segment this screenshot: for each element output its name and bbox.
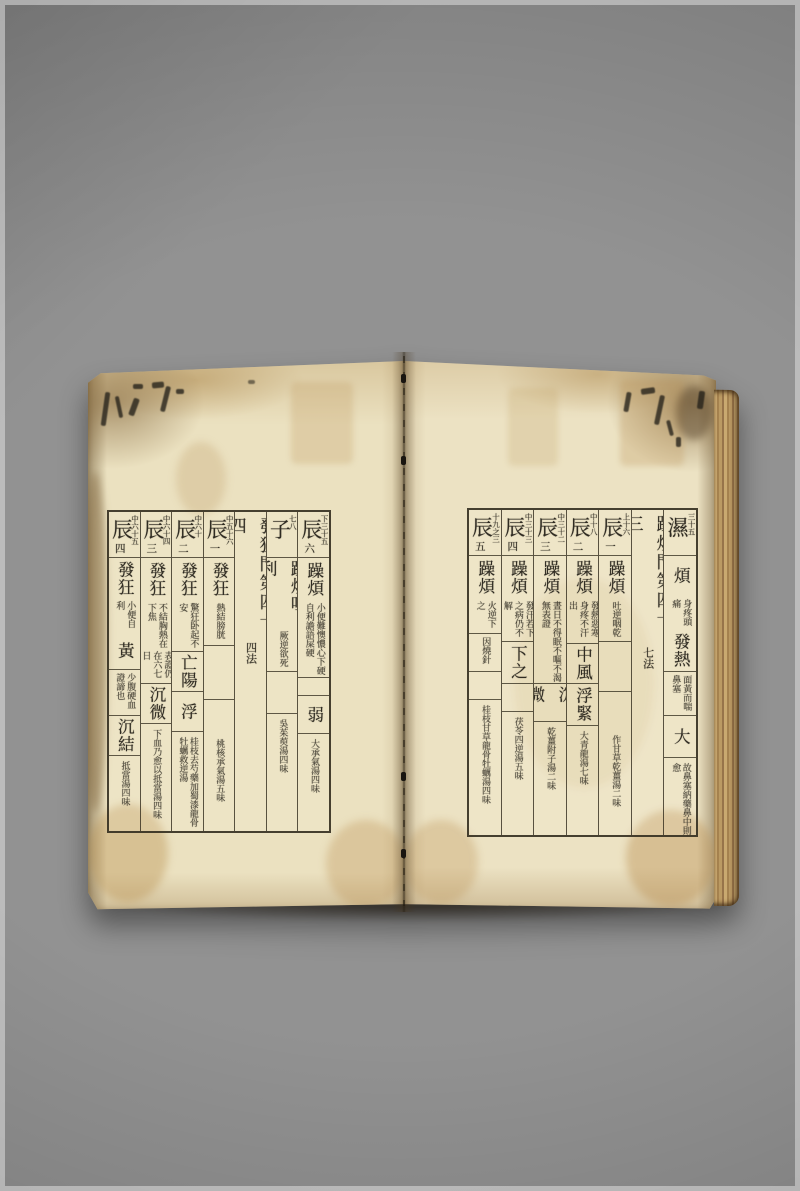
- entry-column: 辰中三十二三躁煩晝日不得眠不嘔不渴無表證沉微乾薑附子湯二味: [533, 510, 566, 835]
- keyword-text: 沉微: [534, 684, 566, 722]
- entry-column: 辰中三十三四躁煩發汗若下之病仍不解下之茯苓四逆湯五味: [501, 510, 534, 835]
- annotation-text: 少腹硬血證諦也: [113, 670, 135, 715]
- stain: [176, 442, 226, 516]
- stitch-mark: [401, 772, 406, 781]
- prescription-text: 故鼻塞納藥鼻中則愈: [670, 758, 691, 839]
- prescription-text: 桃核承氣湯五味: [214, 734, 225, 802]
- page-reference-label: 中六十四: [162, 515, 171, 545]
- keyword-text: 黃: [109, 640, 139, 662]
- keyword-text: 躁煩: [567, 556, 599, 598]
- annotation-text: 晝日不得眠不嘔不渴無表證: [539, 598, 561, 683]
- chapter-title: 發狂門第四十四: [235, 512, 266, 640]
- keyword-text: 煩: [665, 565, 695, 587]
- ink-scribble: [641, 387, 656, 395]
- stitch-mark: [401, 849, 406, 858]
- keyword-text: 浮緊: [567, 685, 597, 724]
- entry-column: 辰中六十四三發狂不結胸熱在下焦表證仍在六七日沉微下血乃愈以抵當湯四味: [140, 512, 172, 831]
- prescription-text: 茯苓四逆湯五味: [512, 712, 523, 780]
- page-reference-label: 下三十五: [320, 515, 329, 545]
- stitch-mark: [401, 456, 406, 465]
- keyword-text: 浮: [172, 692, 203, 732]
- ink-scribble: [248, 380, 255, 384]
- column-header: 辰中三十二三: [534, 510, 566, 556]
- entry-number-label: 一: [605, 539, 616, 554]
- prescription-text: 吳茱萸湯四味: [267, 714, 298, 835]
- empty-cell: [599, 692, 631, 730]
- prescription-text: 下血乃愈以抵當湯四味: [141, 724, 172, 835]
- entry-number-label: 二: [573, 539, 584, 554]
- keyword-text: 發狂: [172, 560, 202, 599]
- keyword-text: 下之: [502, 643, 532, 682]
- keyword-text: 躁煩吐利: [267, 558, 298, 628]
- empty-cell: [502, 684, 534, 712]
- ink-scribble: [676, 437, 681, 447]
- stain: [326, 820, 406, 908]
- stain: [291, 382, 353, 464]
- method-count-label: 七法: [632, 645, 664, 681]
- page-stack-edge: [714, 390, 739, 906]
- column-header: 辰下三十五六: [298, 512, 329, 558]
- annotation-text: 驚狂卧起不安: [176, 600, 198, 651]
- annotation-text: 不結胸熱在下焦: [141, 600, 172, 648]
- annotation-text: 小便自利: [113, 598, 135, 632]
- page-reference-label: 三十五: [687, 513, 696, 536]
- ink-scribble: [697, 391, 705, 410]
- empty-cell: [204, 700, 235, 734]
- entry-number-label: 三: [147, 541, 158, 556]
- prescription-text: 桂枝甘草龍骨牡蠣湯四味: [479, 700, 490, 804]
- page-reference-label: 中三十三: [524, 513, 533, 543]
- dark-stain: [676, 386, 712, 440]
- left-page-table: 辰下三十五六躁煩小便難懊憹心下硬自利譫語屎硬弱大承氣湯四味子七八躁煩吐利厥逆欲死…: [107, 510, 331, 833]
- annotation-text: 驚狂卧起不安: [172, 600, 203, 652]
- ink-scribble: [666, 420, 674, 436]
- column-header: 辰中三十三四: [502, 510, 534, 556]
- ink-scribble: [101, 392, 111, 426]
- entry-number-label: 四: [508, 539, 519, 554]
- volume-branch-label: 辰: [570, 517, 591, 539]
- empty-cell: [267, 672, 298, 714]
- chapter-title: 躁煩門第四十三: [632, 510, 664, 645]
- keyword-text: 躁煩: [599, 556, 631, 598]
- entry-number-label: 二: [178, 541, 189, 556]
- entry-number-label: 一: [210, 541, 221, 556]
- keyword-text: 沉微: [141, 684, 171, 723]
- ink-scribble: [128, 398, 140, 417]
- entry-number-label: 三: [540, 539, 551, 554]
- keyword-text: 躁煩: [298, 558, 329, 600]
- page-reference-label: 七八: [288, 515, 297, 530]
- ink-scribble: [176, 389, 184, 394]
- keyword-text: 躁煩: [299, 560, 329, 599]
- keyword-text: 下之: [502, 642, 534, 684]
- entry-column: 躁煩門第四十三七法: [631, 510, 664, 835]
- keyword-text: 發熱: [665, 631, 695, 670]
- stain: [508, 388, 558, 466]
- keyword-text: 弱: [299, 704, 329, 726]
- annotation-text: 小便難懊憹心下硬自利譫語屎硬: [303, 600, 325, 677]
- annotation-text: 發熱惡寒身疼不汗出: [567, 598, 599, 644]
- chapter-title: 躁煩門第四十三: [632, 510, 664, 645]
- empty-cell: [204, 646, 235, 700]
- prescription-text: 大青龍湯七味: [567, 726, 599, 839]
- keyword-text: 發狂: [109, 558, 140, 598]
- prescription-text: 大承氣湯四味: [298, 734, 329, 835]
- empty-cell: [298, 678, 329, 696]
- entry-column: 子七八躁煩吐利厥逆欲死吳茱萸湯四味: [266, 512, 298, 831]
- volume-branch-label: 辰: [537, 517, 558, 539]
- column-header: 辰中十八二: [567, 510, 599, 556]
- annotation-text: 熱結膀胱: [204, 600, 235, 646]
- keyword-text: 躁煩: [470, 558, 500, 597]
- volume-branch-label: 濕: [667, 517, 688, 539]
- chapter-title: 發狂門第四十四: [235, 512, 266, 640]
- keyword-text: 發狂: [109, 559, 139, 598]
- keyword-text: 躁煩吐利: [267, 558, 298, 628]
- annotation-text: 小便自利: [109, 598, 140, 632]
- keyword-text: 發狂: [141, 558, 172, 600]
- keyword-text: 弱: [298, 696, 329, 734]
- empty-cell: [599, 642, 631, 692]
- entry-column: 辰下三十五六躁煩小便難懊憹心下硬自利譫語屎硬弱大承氣湯四味: [297, 512, 329, 831]
- right-page-table: 濕三十五煩身疼頭痛發熱面黃而喘鼻塞大故鼻塞納藥鼻中則愈躁煩門第四十三七法辰上十六…: [467, 508, 698, 837]
- keyword-text: 中風: [567, 644, 599, 684]
- annotation-text: 不結胸熱在下焦: [145, 600, 167, 648]
- column-header: 子七八: [267, 512, 298, 558]
- empty-cell: [632, 681, 664, 793]
- page-reference-label: 中五十六: [225, 515, 234, 545]
- keyword-text: 大: [664, 716, 696, 758]
- keyword-text: 浮: [172, 701, 202, 723]
- prescription-text: 吳茱萸湯四味: [277, 714, 288, 773]
- stain: [620, 380, 684, 466]
- keyword-text: 沉結: [109, 716, 140, 756]
- stitch-mark: [401, 374, 406, 383]
- annotation-text: 表證仍在六七日: [141, 648, 172, 683]
- keyword-text: 浮緊: [567, 684, 599, 726]
- page-reference-label: 中六十五: [130, 515, 139, 545]
- keyword-text: 發熱: [664, 630, 696, 672]
- keyword-text: 躁煩: [502, 556, 534, 598]
- entry-column: 辰中十八二躁煩發熱惡寒身疼不汗出中風浮緊大青龍湯七味: [566, 510, 599, 835]
- annotation-text: 發熱惡寒身疼不汗出: [567, 598, 599, 643]
- entry-column: 發狂門第四十四四法: [234, 512, 266, 831]
- keyword-text: 躁煩: [534, 556, 566, 598]
- prescription-text: 下血乃愈以抵當湯四味: [151, 724, 162, 819]
- volume-branch-label: 辰: [472, 517, 493, 539]
- book: 辰下三十五六躁煩小便難懊憹心下硬自利譫語屎硬弱大承氣湯四味子七八躁煩吐利厥逆欲死…: [88, 352, 740, 912]
- annotation-text: 熱結膀胱: [213, 600, 224, 639]
- column-header: 辰中五十六一: [204, 512, 235, 558]
- right-page: 濕三十五煩身疼頭痛發熱面黃而喘鼻塞大故鼻塞納藥鼻中則愈躁煩門第四十三七法辰上十六…: [404, 352, 716, 912]
- entry-column: 辰中五十六一發狂熱結膀胱桃核承氣湯五味: [203, 512, 235, 831]
- keyword-text: 發狂: [204, 560, 234, 599]
- keyword-text: 躁煩: [469, 556, 501, 598]
- prescription-text: 故鼻塞納藥鼻中則愈: [664, 758, 696, 839]
- keyword-text: 沉結: [109, 716, 139, 755]
- keyword-text: 沉微: [534, 684, 566, 721]
- entry-number-label: 五: [475, 539, 486, 554]
- prescription-text: 乾薑附子湯二味: [545, 722, 556, 790]
- entry-column: 辰上十六一躁煩吐逆咽乾作甘草乾薑湯二味: [598, 510, 631, 835]
- prescription-text: 抵當湯四味: [119, 756, 130, 806]
- photo-background: 辰下三十五六躁煩小便難懊憹心下硬自利譫語屎硬弱大承氣湯四味子七八躁煩吐利厥逆欲死…: [0, 0, 800, 1191]
- keyword-text: 發狂: [204, 558, 235, 600]
- annotation-text: 發汗若下之病仍不解: [502, 598, 534, 641]
- prescription-text: 大承氣湯四味: [308, 734, 319, 793]
- entry-number-label: 六: [304, 541, 315, 556]
- prescription-text: 作甘草乾薑湯二味: [610, 730, 621, 807]
- annotation-text: 小便難懊憹心下硬自利譫語屎硬: [298, 600, 329, 678]
- column-header: 辰上十六一: [599, 510, 631, 556]
- annotation-text: 面黃而喘鼻塞: [669, 672, 691, 715]
- prescription-text: 茯苓四逆湯五味: [502, 712, 534, 839]
- column-header: 辰中六十四三: [141, 512, 172, 558]
- method-count-label: 四法: [245, 640, 257, 664]
- left-page: 辰下三十五六躁煩小便難懊憹心下硬自利譫語屎硬弱大承氣湯四味子七八躁煩吐利厥逆欲死…: [88, 352, 404, 912]
- ink-scribble: [160, 386, 171, 412]
- page-reference-label: 中三十二: [556, 513, 565, 543]
- prescription-text: 桃核承氣湯五味: [204, 734, 235, 835]
- keyword-text: 躁煩: [567, 558, 597, 597]
- column-header: 辰十九之三五: [469, 510, 501, 556]
- annotation-text: 晝日不得眠不嘔不渴無表證: [534, 598, 566, 684]
- prescription-text: 桂枝去芍藥加蜀漆龍骨牡蠣救逆湯: [172, 732, 203, 835]
- method-count-label: 七法: [642, 645, 654, 669]
- annotation-text: 因燒針: [479, 634, 490, 664]
- keyword-text: 躁煩: [600, 558, 630, 597]
- entry-column: 辰十九之三五躁煩火逆下之因燒針桂枝甘草龍骨牡蠣湯四味: [469, 510, 501, 835]
- annotation-text: 表證仍在六七日: [141, 648, 172, 684]
- prescription-text: 桂枝去芍藥加蜀漆龍骨牡蠣救逆湯: [177, 732, 198, 835]
- annotation-text: 吐逆咽乾: [610, 598, 621, 637]
- keyword-text: 沉微: [141, 684, 172, 724]
- prescription-text: 乾薑附子湯二味: [534, 722, 566, 839]
- page-reference-label: 中十八: [589, 513, 598, 536]
- annotation-text: 火逆下之: [469, 598, 501, 634]
- volume-branch-label: 辰: [505, 517, 526, 539]
- fore-edge-shading: [82, 472, 108, 812]
- ink-scribble: [654, 395, 665, 425]
- keyword-text: 亡陽: [172, 652, 202, 691]
- annotation-text: 身疼頭痛: [669, 596, 691, 630]
- prescription-text: 抵當湯四味: [109, 756, 140, 835]
- page-reference-label: 十九之三: [491, 513, 500, 543]
- prescription-text: 大青龍湯七味: [577, 726, 588, 785]
- column-header: 辰中六十五四: [109, 512, 140, 558]
- keyword-text: 煩: [664, 556, 696, 596]
- entry-number-label: 四: [115, 541, 126, 556]
- annotation-text: 厥逆欲死: [267, 628, 298, 672]
- annotation-text: 身疼頭痛: [664, 596, 696, 630]
- annotation-text: 面黃而喘鼻塞: [664, 672, 696, 716]
- keyword-text: 發狂: [172, 558, 203, 600]
- prescription-text: 桂枝甘草龍骨牡蠣湯四味: [469, 700, 501, 839]
- ink-scribble: [115, 396, 123, 418]
- page-reference-label: 上十六: [621, 513, 630, 536]
- page-reference-label: 中六十: [193, 515, 202, 538]
- entry-column: 辰中六十五四發狂小便自利黃少腹硬血證諦也沉結抵當湯四味: [109, 512, 140, 831]
- annotation-text: 火逆下之: [474, 598, 496, 633]
- annotation-text: 厥逆欲死: [277, 628, 288, 667]
- keyword-text: 中風: [567, 644, 597, 683]
- annotation-text: 吐逆咽乾: [599, 598, 631, 642]
- prescription-text: 作甘草乾薑湯二味: [599, 730, 631, 839]
- ink-scribble: [133, 384, 143, 389]
- keyword-text: 發狂: [141, 560, 171, 599]
- entry-column: 辰中六十二發狂驚狂卧起不安亡陽浮桂枝去芍藥加蜀漆龍骨牡蠣救逆湯: [171, 512, 203, 831]
- column-header: 濕三十五: [664, 510, 696, 556]
- annotation-text: 少腹硬血證諦也: [109, 670, 140, 716]
- entry-column: 濕三十五煩身疼頭痛發熱面黃而喘鼻塞大故鼻塞納藥鼻中則愈: [663, 510, 696, 835]
- ink-scribble: [623, 392, 631, 413]
- keyword-text: 躁煩: [502, 558, 532, 597]
- keyword-text: 大: [665, 726, 695, 748]
- empty-cell: [235, 674, 266, 789]
- keyword-text: 黃: [109, 632, 140, 670]
- empty-cell: [469, 672, 501, 700]
- volume-branch-label: 辰: [602, 517, 623, 539]
- keyword-text: 躁煩: [535, 558, 565, 597]
- annotation-text: 發汗若下之病仍不解: [502, 598, 534, 642]
- keyword-text: 亡陽: [172, 652, 203, 692]
- method-count-label: 四法: [235, 640, 266, 674]
- annotation-text: 因燒針: [469, 634, 501, 672]
- ink-scribble: [152, 381, 164, 388]
- column-header: 辰中六十二: [172, 512, 203, 558]
